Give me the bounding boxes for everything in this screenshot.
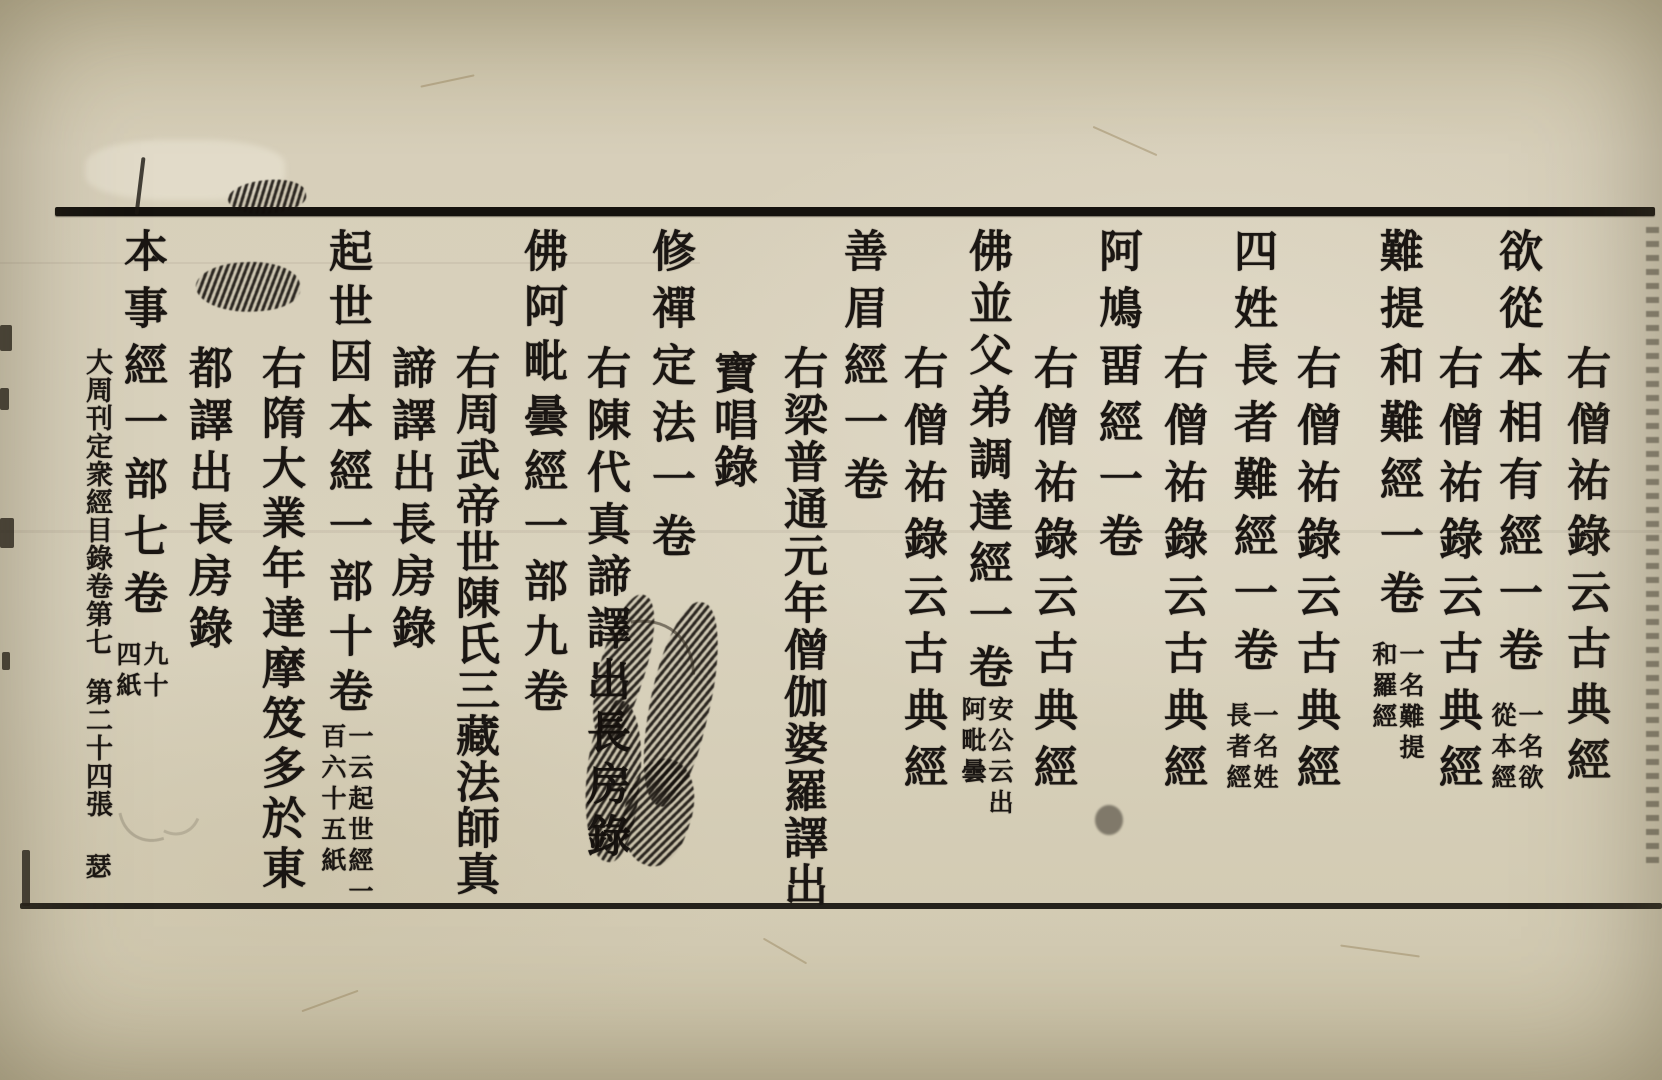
ink-smudge	[194, 258, 301, 315]
column-text: 右僧祐錄云古典經	[896, 345, 947, 801]
attribution-column: 右僧祐錄云古典經	[1158, 345, 1204, 965]
page-edge-mark	[2, 652, 10, 670]
case-mark: 瑟	[73, 853, 119, 879]
column-text: 修禪定法一卷	[644, 228, 695, 570]
paper-fiber	[420, 74, 474, 87]
paper-fiber	[1093, 126, 1158, 156]
interlinear-note: 一名姓 長者經	[1224, 702, 1278, 912]
column-text: 佛並父弟調達經一卷	[961, 228, 1012, 696]
page-edge-mark	[0, 518, 14, 548]
page-edge-mark	[0, 325, 12, 351]
note-right-line: 一名欲	[1516, 702, 1543, 912]
column-text: 都譯出長房錄	[181, 345, 232, 657]
entry-title-column: 佛阿毗曇經一部九卷	[518, 228, 564, 848]
column-text: 起世因本經一部十卷	[321, 228, 372, 723]
note-left-line: 從本經	[1489, 702, 1516, 912]
scanned-page: 右僧祐錄云古典經 欲從本相有經一卷 一名欲 從本經 右僧祐錄云古典經 難提和難經…	[0, 0, 1662, 1080]
column-text: 寶唱錄	[706, 350, 757, 491]
paper-fiber	[1340, 944, 1419, 957]
right-edge-print-strip	[1646, 225, 1659, 863]
column-text: 善眉經一卷	[836, 228, 887, 513]
entry-title-column: 阿鳩畱經一卷	[1093, 228, 1139, 848]
note-right-line: 一名姓	[1251, 702, 1278, 912]
column-text: 右僧祐錄云古典經	[1026, 345, 1077, 801]
note-left-line: 長者經	[1224, 702, 1251, 912]
attribution-column: 右僧祐錄云古典經	[1433, 345, 1479, 965]
column-text: 右僧祐錄云古典經	[1156, 345, 1207, 801]
attribution-column: 右隋大業年達摩笈多於東	[256, 345, 302, 965]
column-text: 難提和難經一卷	[1372, 228, 1423, 627]
entry-title-column: 四姓長者難經一卷 一名姓 長者經	[1228, 228, 1274, 848]
column-text: 右周武帝世陳氏三藏法師真	[448, 345, 499, 897]
column-text: 欲從本相有經一卷	[1491, 228, 1542, 684]
entry-title-column: 佛並父弟調達經一卷 安公云出 阿毗曇	[963, 228, 1009, 848]
ink-blot	[1095, 805, 1123, 835]
entry-title-column: 難提和難經一卷 一名難提 和羅經	[1374, 228, 1420, 848]
note-left-line: 百六十五紙	[319, 723, 346, 933]
interlinear-note: 一名欲 從本經	[1489, 702, 1543, 912]
attribution-column: 右周武帝世陳氏三藏法師真	[450, 345, 496, 965]
note-right-line: 安公云出	[986, 696, 1013, 906]
attribution-column: 右僧祐錄云古典經	[1028, 345, 1074, 965]
column-text: 佛阿毗曇經一部九卷	[516, 228, 567, 723]
interlinear-note: 一云起世經一 百六十五紙	[319, 723, 373, 933]
entry-title-column: 善眉經一卷	[838, 228, 884, 848]
note-left-line: 阿毗曇	[959, 696, 986, 906]
column-text: 右僧祐錄云古典經	[1559, 345, 1610, 793]
entry-title-column: 起世因本經一部十卷 一云起世經一 百六十五紙	[323, 228, 369, 848]
colophon-title: 大周刊定衆經目錄卷第七	[82, 348, 110, 656]
page-edge-mark	[0, 388, 9, 410]
paper-fiber	[301, 990, 358, 1012]
attribution-continuation-column: 都譯出長房錄	[183, 345, 229, 965]
interlinear-note: 一名難提 和羅經	[1370, 641, 1424, 851]
column-text: 右梁普通元年僧伽婆羅譯出	[776, 345, 827, 909]
column-text: 四姓長者難經一卷	[1226, 228, 1277, 684]
attribution-column: 右僧祐錄云古典經	[1291, 345, 1337, 965]
note-left-line: 和羅經	[1370, 641, 1397, 851]
interlinear-note: 安公云出 阿毗曇	[959, 696, 1013, 906]
attribution-continuation-column: 諦譯出長房錄	[386, 345, 432, 965]
colophon-column: 大周刊定衆經目錄卷第七 第二十四張 瑟	[73, 348, 119, 968]
attribution-column: 右僧祐錄云古典經	[1561, 345, 1607, 965]
column-text: 諦譯出長房錄	[384, 345, 435, 657]
column-text: 右隋大業年達摩笈多於東	[254, 345, 305, 895]
column-text: 本事經一部七卷	[116, 228, 167, 627]
column-text: 阿鳩畱經一卷	[1091, 228, 1142, 570]
top-border-rule	[55, 207, 1655, 216]
attribution-column: 右梁普通元年僧伽婆羅譯出	[778, 345, 824, 965]
note-right-line: 一云起世經一	[346, 723, 373, 933]
note-right-line: 一名難提	[1397, 641, 1424, 851]
page-edge-mark	[22, 850, 30, 906]
column-text: 右僧祐錄云古典經	[1431, 345, 1482, 801]
column-text: 右僧祐錄云古典經	[1289, 345, 1340, 801]
colophon-sheet-number: 第二十四張	[82, 678, 110, 818]
attribution-column: 右僧祐錄云古典經	[898, 345, 944, 965]
entry-title-column: 欲從本相有經一卷 一名欲 從本經	[1493, 228, 1539, 848]
